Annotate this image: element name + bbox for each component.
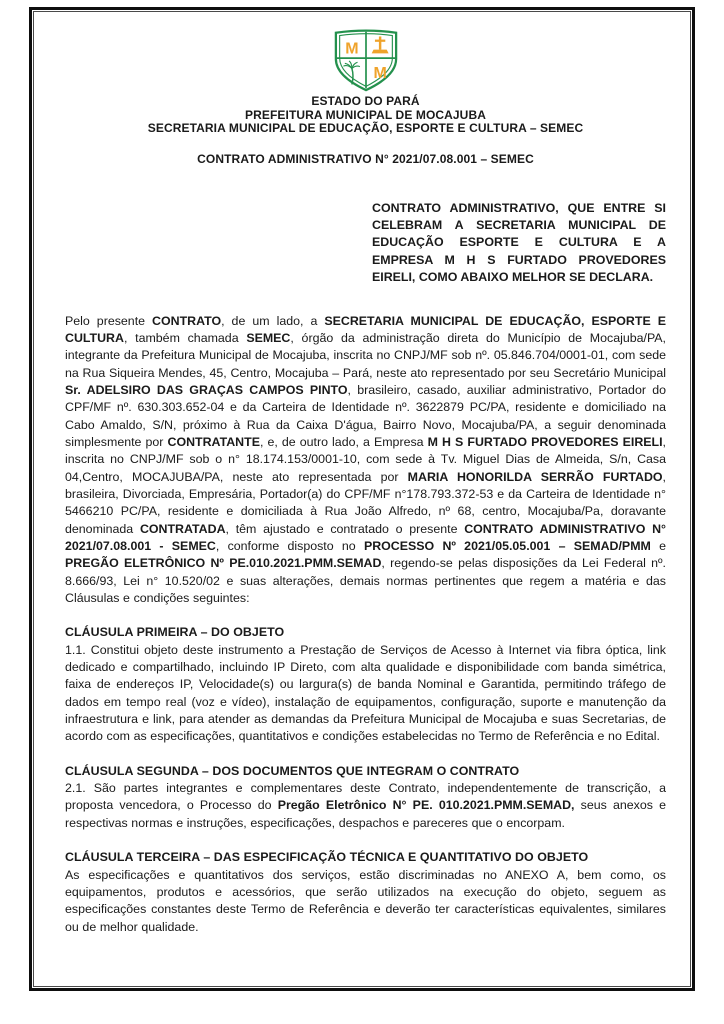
clause-third: CLÁUSULA TERCEIRA – DAS ESPECIFICAÇÃO TÉ… (65, 849, 666, 936)
clause-second: CLÁUSULA SEGUNDA – DOS DOCUMENTOS QUE IN… (65, 763, 666, 832)
department-name: SECRETARIA MUNICIPAL DE EDUCAÇÃO, ESPORT… (65, 122, 666, 136)
mocajuba-coat-of-arms-icon: M M (327, 28, 405, 92)
clause-second-body: 2.1. São partes integrantes e complement… (65, 780, 666, 832)
clause-first-body: 1.1. Constitui objeto deste instrumento … (65, 642, 666, 746)
shield-letter-m-bottom-right: M (373, 65, 386, 82)
clause-first-heading: CLÁUSULA PRIMEIRA – DO OBJETO (65, 624, 666, 641)
clause-third-body: As especificações e quantitativos dos se… (65, 867, 666, 936)
epigraph-paragraph: CONTRATO ADMINISTRATIVO, QUE ENTRE SI CE… (372, 200, 666, 287)
municipality-name: PREFEITURA MUNICIPAL DE MOCAJUBA (65, 109, 666, 123)
cross-monument-icon (371, 36, 388, 53)
clause-second-heading: CLÁUSULA SEGUNDA – DOS DOCUMENTOS QUE IN… (65, 763, 666, 780)
contract-title: CONTRATO ADMINISTRATIVO N° 2021/07.08.00… (65, 152, 666, 166)
clause-first: CLÁUSULA PRIMEIRA – DO OBJETO 1.1. Const… (65, 624, 666, 745)
page-border-inner-line: M M (33, 11, 691, 987)
document-content: M M (34, 12, 690, 986)
clause-third-heading: CLÁUSULA TERCEIRA – DAS ESPECIFICAÇÃO TÉ… (65, 849, 666, 866)
page-border-frame: M M (29, 7, 695, 991)
opening-paragraph: Pelo presente CONTRATO, de um lado, a SE… (65, 313, 666, 608)
shield-letter-m-top-left: M (345, 40, 358, 57)
letterhead: M M (65, 28, 666, 166)
state-name: ESTADO DO PARÁ (65, 95, 666, 109)
